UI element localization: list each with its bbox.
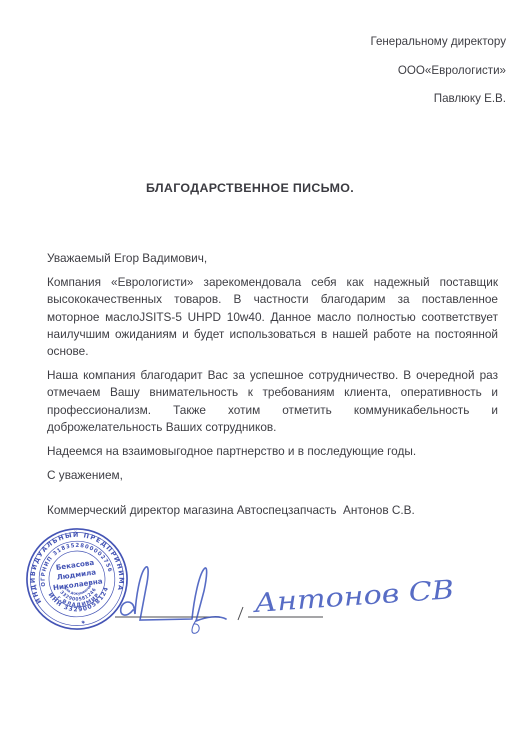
stamp-separator-mark: ✱	[81, 619, 86, 625]
paragraph-1: Компания «Еврологисти» зарекомендовала с…	[47, 274, 498, 360]
signature-separator-mark	[238, 607, 243, 620]
recipient-position: Генеральному директору	[370, 36, 506, 48]
letter-title: БЛАГОДАРСТВЕННОЕ ПИСЬМО.	[0, 181, 500, 195]
letter-page: Генеральному директору ООО«Еврологисти» …	[0, 0, 520, 734]
signature: Антонов СВ	[105, 548, 475, 648]
recipient-name: Павлюку Е.В.	[370, 93, 506, 105]
letter-body: Уважаемый Егор Вадимович, Компания «Евро…	[47, 250, 498, 491]
paragraph-3: Надеемся на взаимовыгодное партнерство и…	[47, 443, 498, 460]
closing: С уважением,	[47, 467, 498, 484]
signature-flourish	[121, 567, 226, 621]
salutation: Уважаемый Егор Вадимович,	[47, 250, 498, 267]
signature-ink-mark	[192, 619, 199, 633]
signature-title-line: Коммерческий директор магазина Автоспецз…	[47, 503, 415, 517]
recipient-company: ООО«Еврологисти»	[370, 65, 506, 77]
paragraph-2: Наша компания благодарит Вас за успешное…	[47, 367, 498, 436]
recipient-block: Генеральному директору ООО«Еврологисти» …	[370, 36, 506, 122]
signature-handwritten-name: Антонов СВ	[251, 575, 455, 619]
